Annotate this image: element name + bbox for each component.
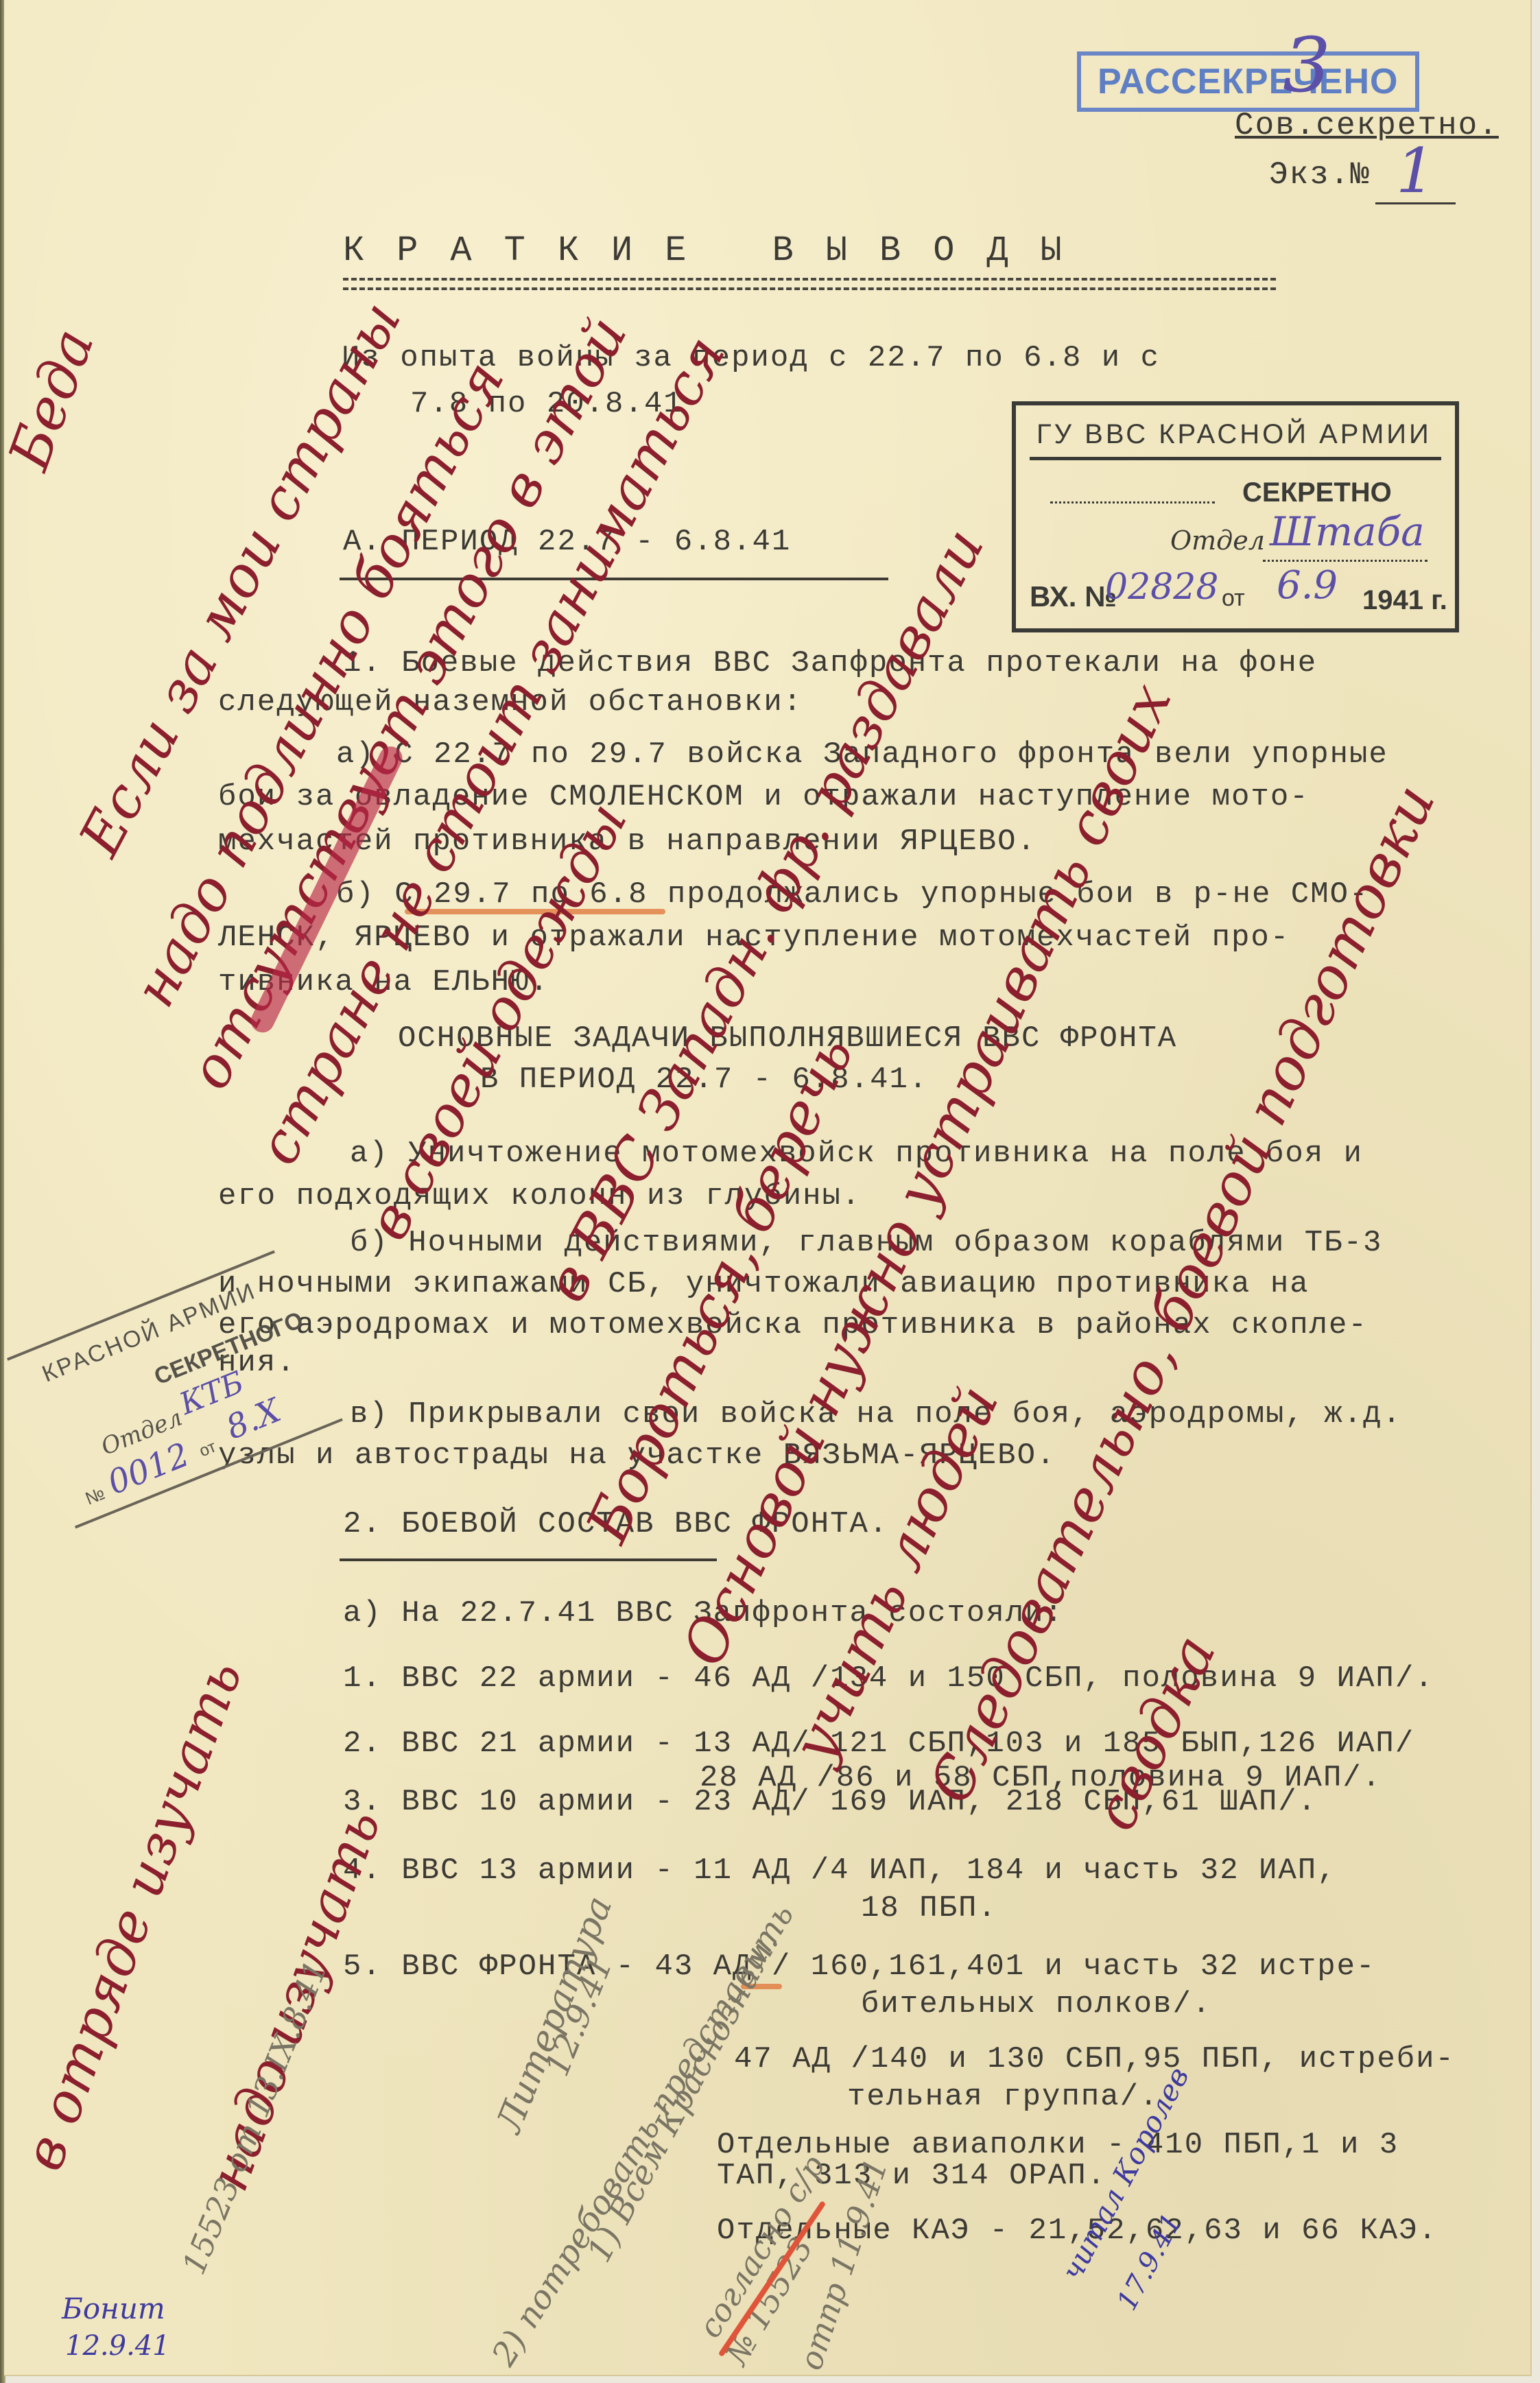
stamp-handwritten-mark: 3: [1283, 27, 1331, 103]
stamp-in-label: ВХ. №: [1030, 580, 1117, 613]
stamp-date-label: от: [1222, 585, 1245, 612]
section2-underline: [340, 1558, 717, 1561]
task-c-line1: в) Прикрывали свои войска на поле боя, а…: [350, 1399, 1402, 1430]
stamp-in-number: 02828: [1105, 567, 1218, 608]
composition-row-cont: 18 ПБП.: [861, 1893, 997, 1923]
blue-ink-note: 12.9.41: [65, 2332, 170, 2360]
composition-row: Отдельные авиаполки - 410 ПБП,1 и 3: [717, 2130, 1399, 2160]
copy-number: 1: [1375, 141, 1456, 204]
rotated-stamp-date-label: от: [197, 1437, 220, 1461]
stamp-dept-label: Отдел: [1170, 525, 1265, 556]
stamp-dept-value: Штаба: [1270, 508, 1425, 555]
declassified-stamp: РАССЕКРЕЧЕНО: [1077, 51, 1419, 112]
stamp-date-value: 6.9: [1277, 563, 1338, 608]
stamp-org: ГУ ВВС КРАСНОЙ АРМИИ: [1036, 419, 1432, 450]
composition-row: 5. ВВС ФРОНТА - 43 АД / 160,161,401 и ча…: [343, 1952, 1375, 1982]
composition-row-cont: бительных полков/.: [861, 1989, 1211, 2019]
composition-row: 2. ВВС 21 армии - 13 АД/ 121 СБП,103 и 1…: [343, 1729, 1414, 1759]
stamp-dotted-line: [1050, 501, 1215, 503]
stamp-secrecy: СЕКРЕТНО: [1242, 477, 1392, 508]
stamp-divider: [1030, 457, 1441, 460]
secrecy-label: Сов.секретно.: [1235, 110, 1499, 141]
stamp-year: 1941 г.: [1362, 585, 1447, 616]
rotated-stamp-no-label: №: [82, 1482, 108, 1509]
composition-row: 4. ВВС 13 армии - 11 АД /4 ИАП, 184 и ча…: [343, 1856, 1337, 1886]
blue-ink-note: Бонит: [62, 2295, 165, 2323]
document-title: КРАТКИЕ ВЫВОДЫ: [343, 233, 1094, 269]
composition-row: 1. ВВС 22 армии - 46 АД /134 и 150 СБП, …: [343, 1663, 1434, 1694]
para1-line1: 1. Боевые действия ВВС Запфронта протека…: [343, 648, 1317, 678]
stamp-dotted-line: [1263, 560, 1428, 562]
para1b-line1: б) С 29.7 по 6.8 продолжались упорные бо…: [336, 879, 1369, 910]
composition-row: 3. ВВС 10 армии - 23 АД/ 169 ИАП, 218 СБ…: [343, 1787, 1317, 1817]
copy-label: Экз.№: [1269, 159, 1371, 191]
composition-row-cont: ТАП, 313 и 314 ОРАП.: [717, 2161, 1106, 2191]
incoming-registration-stamp: ГУ ВВС КРАСНОЙ АРМИИ СЕКРЕТНО Отдел Штаб…: [1012, 401, 1459, 632]
composition-row: 47 АД /140 и 130 СБП,95 ПБП, истреби-: [734, 2044, 1455, 2074]
composition-row-cont: тельная группа/.: [847, 2082, 1159, 2112]
title-double-rule: [343, 278, 1276, 290]
